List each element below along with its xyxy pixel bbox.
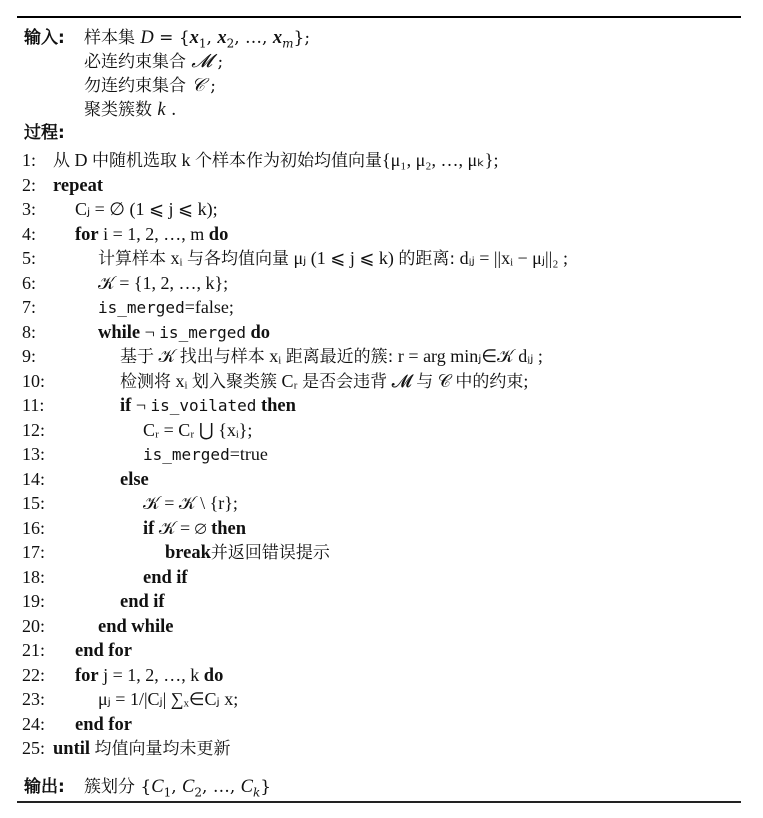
line-text: end if — [143, 565, 188, 590]
line-number: 17: — [22, 540, 52, 564]
line-number: 3: — [22, 197, 52, 221]
line-number: 5: — [22, 246, 52, 270]
line-text: Cⱼ = ∅ (1 ⩽ j ⩽ k); — [75, 197, 218, 221]
line-text: end while — [98, 614, 173, 639]
line-text: else — [120, 467, 149, 492]
line-text: Cᵣ = Cᵣ ⋃ {xᵢ}; — [143, 418, 252, 442]
line-number: 20: — [22, 614, 52, 638]
line-number: 18: — [22, 565, 52, 589]
line-number: 22: — [22, 663, 52, 687]
input-item-cannot-link: 勿连约束集合 𝒞 ; — [84, 74, 216, 98]
line-number: 25: — [22, 736, 52, 760]
line-text: is_merged=false; — [98, 295, 234, 320]
line-number: 21: — [22, 638, 52, 662]
line-number: 4: — [22, 222, 52, 246]
algorithm-bottom-rule — [17, 801, 741, 803]
line-number: 15: — [22, 491, 52, 515]
line-text: is_merged=true — [143, 442, 268, 467]
line-number: 14: — [22, 467, 52, 491]
line-text: for j = 1, 2, …, k do — [75, 663, 223, 688]
line-text: 计算样本 xᵢ 与各均值向量 μⱼ (1 ⩽ j ⩽ k) 的距离: dᵢⱼ =… — [98, 246, 568, 271]
line-text: if ¬ is_voilated then — [120, 393, 296, 418]
input-label: 输入: — [24, 26, 65, 50]
line-text: if 𝒦 = ∅ then — [143, 516, 246, 541]
line-number: 19: — [22, 589, 52, 613]
line-text: until 均值向量均未更新 — [53, 736, 231, 761]
line-text: end if — [120, 589, 165, 614]
line-number: 8: — [22, 320, 52, 344]
line-number: 13: — [22, 442, 52, 466]
line-text: end for — [75, 638, 132, 663]
line-number: 24: — [22, 712, 52, 736]
line-text: repeat — [53, 173, 103, 198]
input-item-k: 聚类簇数 k . — [84, 98, 176, 122]
output-label: 输出: — [24, 775, 65, 799]
input-item-must-link: 必连约束集合 𝓜 ; — [84, 50, 223, 74]
line-text: end for — [75, 712, 132, 737]
line-text: 基于 𝒦 找出与样本 xᵢ 距离最近的簇: r = arg minⱼ∈𝒦 dᵢⱼ… — [120, 344, 543, 369]
algorithm-top-rule — [17, 16, 741, 18]
line-number: 11: — [22, 393, 52, 417]
line-text: for i = 1, 2, …, m do — [75, 222, 228, 247]
output-value: 簇划分 {C1, C2, …, Ck} — [84, 775, 271, 804]
line-number: 12: — [22, 418, 52, 442]
line-number: 23: — [22, 687, 52, 711]
line-text: μⱼ = 1/|Cⱼ| ∑ₓ∈Cⱼ x; — [98, 687, 238, 711]
line-number: 2: — [22, 173, 52, 197]
line-number: 10: — [22, 369, 52, 393]
line-number: 6: — [22, 271, 52, 295]
line-number: 9: — [22, 344, 52, 368]
line-text: break并返回错误提示 — [165, 540, 330, 565]
line-text: 𝒦 = {1, 2, …, k}; — [98, 271, 228, 295]
line-text: 检测将 xᵢ 划入聚类簇 Cᵣ 是否会违背 𝓜 与 𝒞 中的约束; — [120, 369, 528, 394]
line-text: while ¬ is_merged do — [98, 320, 270, 345]
line-number: 16: — [22, 516, 52, 540]
line-text: 从 D 中随机选取 k 个样本作为初始均值向量{μ₁, μ₂, …, μₖ}; — [53, 148, 498, 173]
line-number: 1: — [22, 148, 52, 172]
line-number: 7: — [22, 295, 52, 319]
process-label: 过程: — [24, 121, 65, 145]
line-text: 𝒦 = 𝒦 \ {r}; — [143, 491, 238, 515]
